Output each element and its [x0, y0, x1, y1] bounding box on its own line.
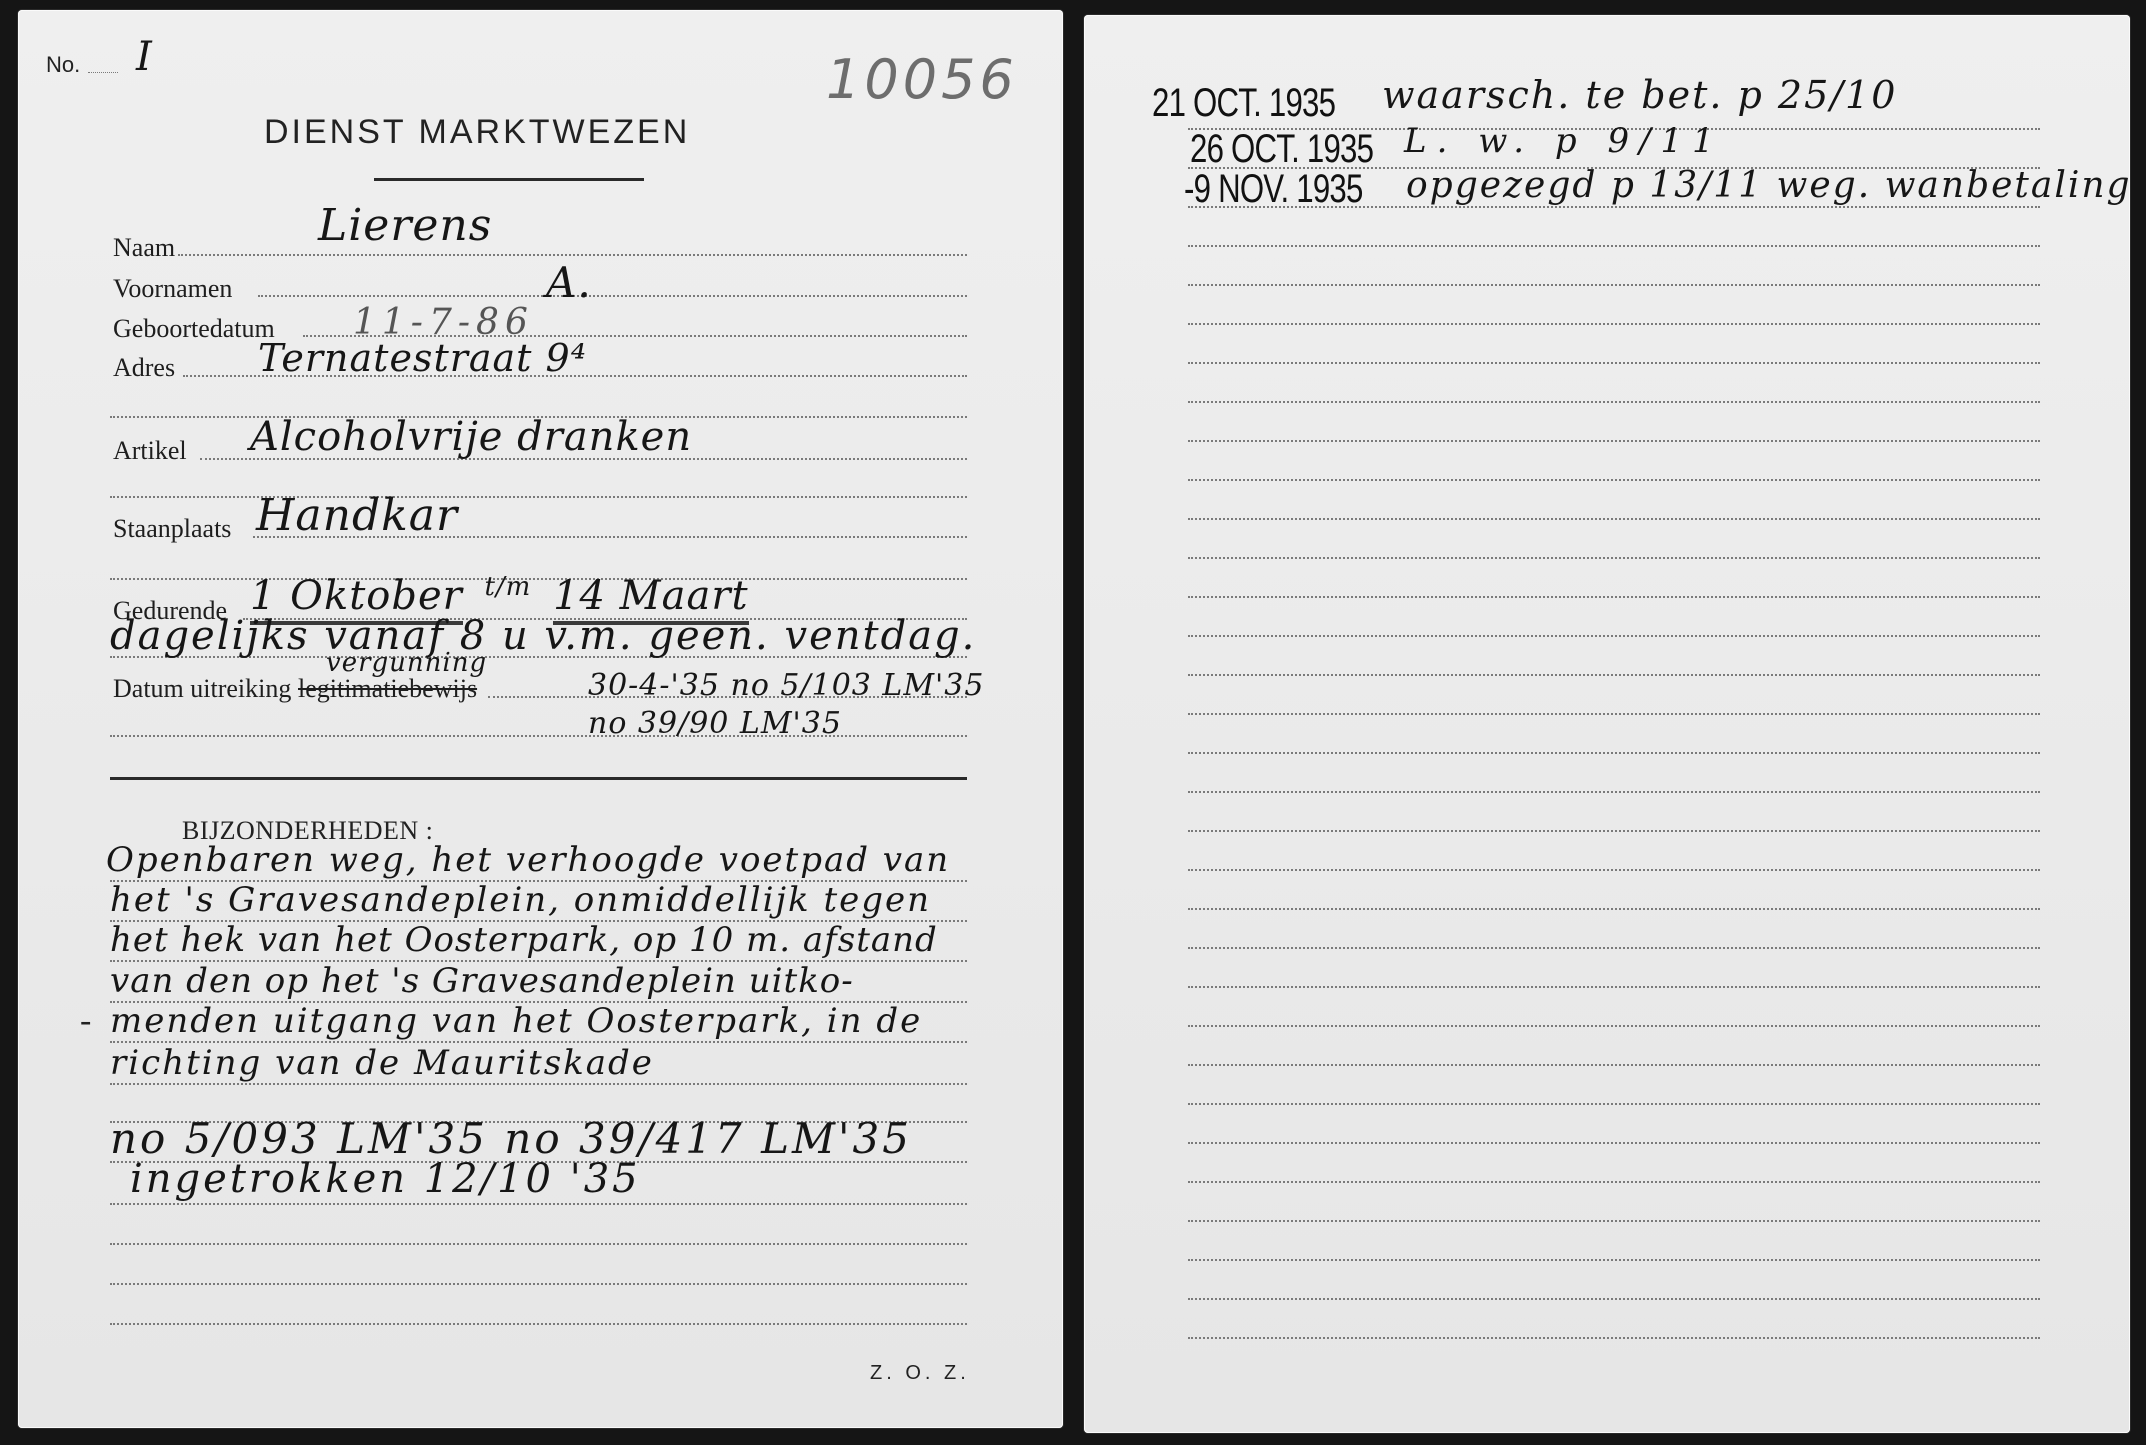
- card-title: DIENST MARKTWEZEN: [264, 113, 690, 152]
- gedurende-tm: t/m: [484, 572, 531, 602]
- ruled-line: [1188, 1103, 2040, 1105]
- ruled-line: [1188, 1025, 2040, 1027]
- number-value: I: [136, 34, 153, 80]
- label-voornamen: Voornamen: [113, 276, 232, 302]
- ruled-line: [1188, 323, 2040, 325]
- value-naam[interactable]: Lierens: [318, 200, 492, 251]
- ruled-line: [1188, 401, 2040, 403]
- bijz-text-3[interactable]: het hek van het Oosterpark, op 10 m. afs…: [110, 920, 938, 960]
- section-divider: [110, 777, 967, 780]
- bijz-text-6[interactable]: richting van de Mauritskade: [110, 1043, 654, 1083]
- ruled-line: [1188, 1337, 2040, 1339]
- bijz-line-9: [110, 1203, 967, 1205]
- label-artikel: Artikel: [113, 438, 187, 464]
- ruled-line: [1188, 674, 2040, 676]
- bijz-text-4[interactable]: van den op het 's Gravesandeplein uitko-: [110, 961, 854, 1001]
- value-artikel[interactable]: Alcoholvrije dranken: [250, 414, 692, 460]
- line-naam: [178, 254, 967, 256]
- ruled-line: [1188, 1064, 2040, 1066]
- title-underline: [374, 178, 644, 181]
- entry-note[interactable]: opgezegd p 13/11 weg. wanbetaling: [1406, 165, 2132, 206]
- bijz-text-1[interactable]: Openbaren weg, het verhoogde voetpad van: [106, 840, 950, 880]
- date-stamp: -9 NOV. 1935: [1184, 167, 1363, 212]
- ruled-line: [1188, 635, 2040, 637]
- bijz-text-2[interactable]: het 's Gravesandeplein, onmiddellijk teg…: [110, 880, 931, 920]
- ruled-line: [1188, 284, 2040, 286]
- bijz-text-5[interactable]: menden uitgang van het Oosterpark, in de: [110, 1001, 922, 1041]
- date-stamp: 21 OCT. 1935: [1152, 81, 1335, 126]
- ruled-line: [1188, 947, 2040, 949]
- bijz-text-9[interactable]: ingetrokken 12/10 '35: [130, 1156, 641, 1202]
- label-adres: Adres: [113, 355, 175, 381]
- entry-note[interactable]: L. w. p 9/11: [1404, 121, 1724, 161]
- ruled-line: [1188, 791, 2040, 793]
- ruled-line: [1188, 557, 2040, 559]
- line-blank-2: [110, 496, 967, 498]
- value-adres[interactable]: Ternatestraat 9⁴: [258, 336, 587, 380]
- front-record-card: No. I 10056 DIENST MARKTWEZEN Naam Liere…: [18, 10, 1063, 1428]
- footer-zoz: Z. O. Z.: [870, 1362, 970, 1385]
- bijz-line-11: [110, 1283, 967, 1285]
- bijz-line-12: [110, 1323, 967, 1325]
- ruled-line: [1188, 713, 2040, 715]
- value-gedurende-continuation[interactable]: dagelijks vanaf 8 u v.m. geen. ventdag.: [110, 613, 976, 659]
- number-label: No.: [46, 52, 80, 78]
- back-record-card: 21 OCT. 1935 waarsch. te bet. p 25/10 26…: [1084, 15, 2130, 1433]
- value-staanplaats[interactable]: Handkar: [256, 490, 458, 541]
- ruled-line: [1188, 1142, 2040, 1144]
- archive-number: 10056: [826, 48, 1018, 111]
- label-naam: Naam: [113, 235, 175, 261]
- ruled-line: [1188, 869, 2040, 871]
- label-staanplaats: Staanplaats: [113, 516, 231, 542]
- bijz-line-6: [110, 1083, 967, 1085]
- ruled-line: [1188, 830, 2040, 832]
- struck-legitimatiebewijs: legitimatiebewijs: [298, 676, 477, 702]
- ruled-line: [1188, 245, 2040, 247]
- ruled-line: [1188, 908, 2040, 910]
- value-datum-line2[interactable]: no 39/90 LM'35: [588, 706, 842, 741]
- ruled-line: [1188, 1220, 2040, 1222]
- ruled-line: [1188, 1298, 2040, 1300]
- ruled-line: [1188, 1259, 2040, 1261]
- ruled-line: [1188, 1181, 2040, 1183]
- ruled-line: [1188, 518, 2040, 520]
- entry-note[interactable]: waarsch. te bet. p 25/10: [1382, 73, 1897, 117]
- bijz-line-10: [110, 1243, 967, 1245]
- value-voornamen[interactable]: A.: [546, 258, 592, 307]
- ruled-line: [1188, 440, 2040, 442]
- ruled-line: [1188, 362, 2040, 364]
- line-voornamen: [258, 295, 967, 297]
- value-datum-line1[interactable]: 30-4-'35 no 5/103 LM'35: [588, 668, 984, 703]
- ruled-line: [1188, 479, 2040, 481]
- label-geboortedatum: Geboortedatum: [113, 316, 275, 342]
- correction-vergunning: vergunning: [326, 648, 487, 678]
- margin-dash: -: [80, 1002, 91, 1040]
- label-datum-uitreiking: Datum uitreiking: [113, 676, 291, 702]
- ruled-line: [1188, 752, 2040, 754]
- ruled-line: [1188, 986, 2040, 988]
- date-stamp: 26 OCT. 1935: [1190, 127, 1373, 172]
- ruled-line: [1188, 596, 2040, 598]
- number-dotted-line: [88, 72, 118, 73]
